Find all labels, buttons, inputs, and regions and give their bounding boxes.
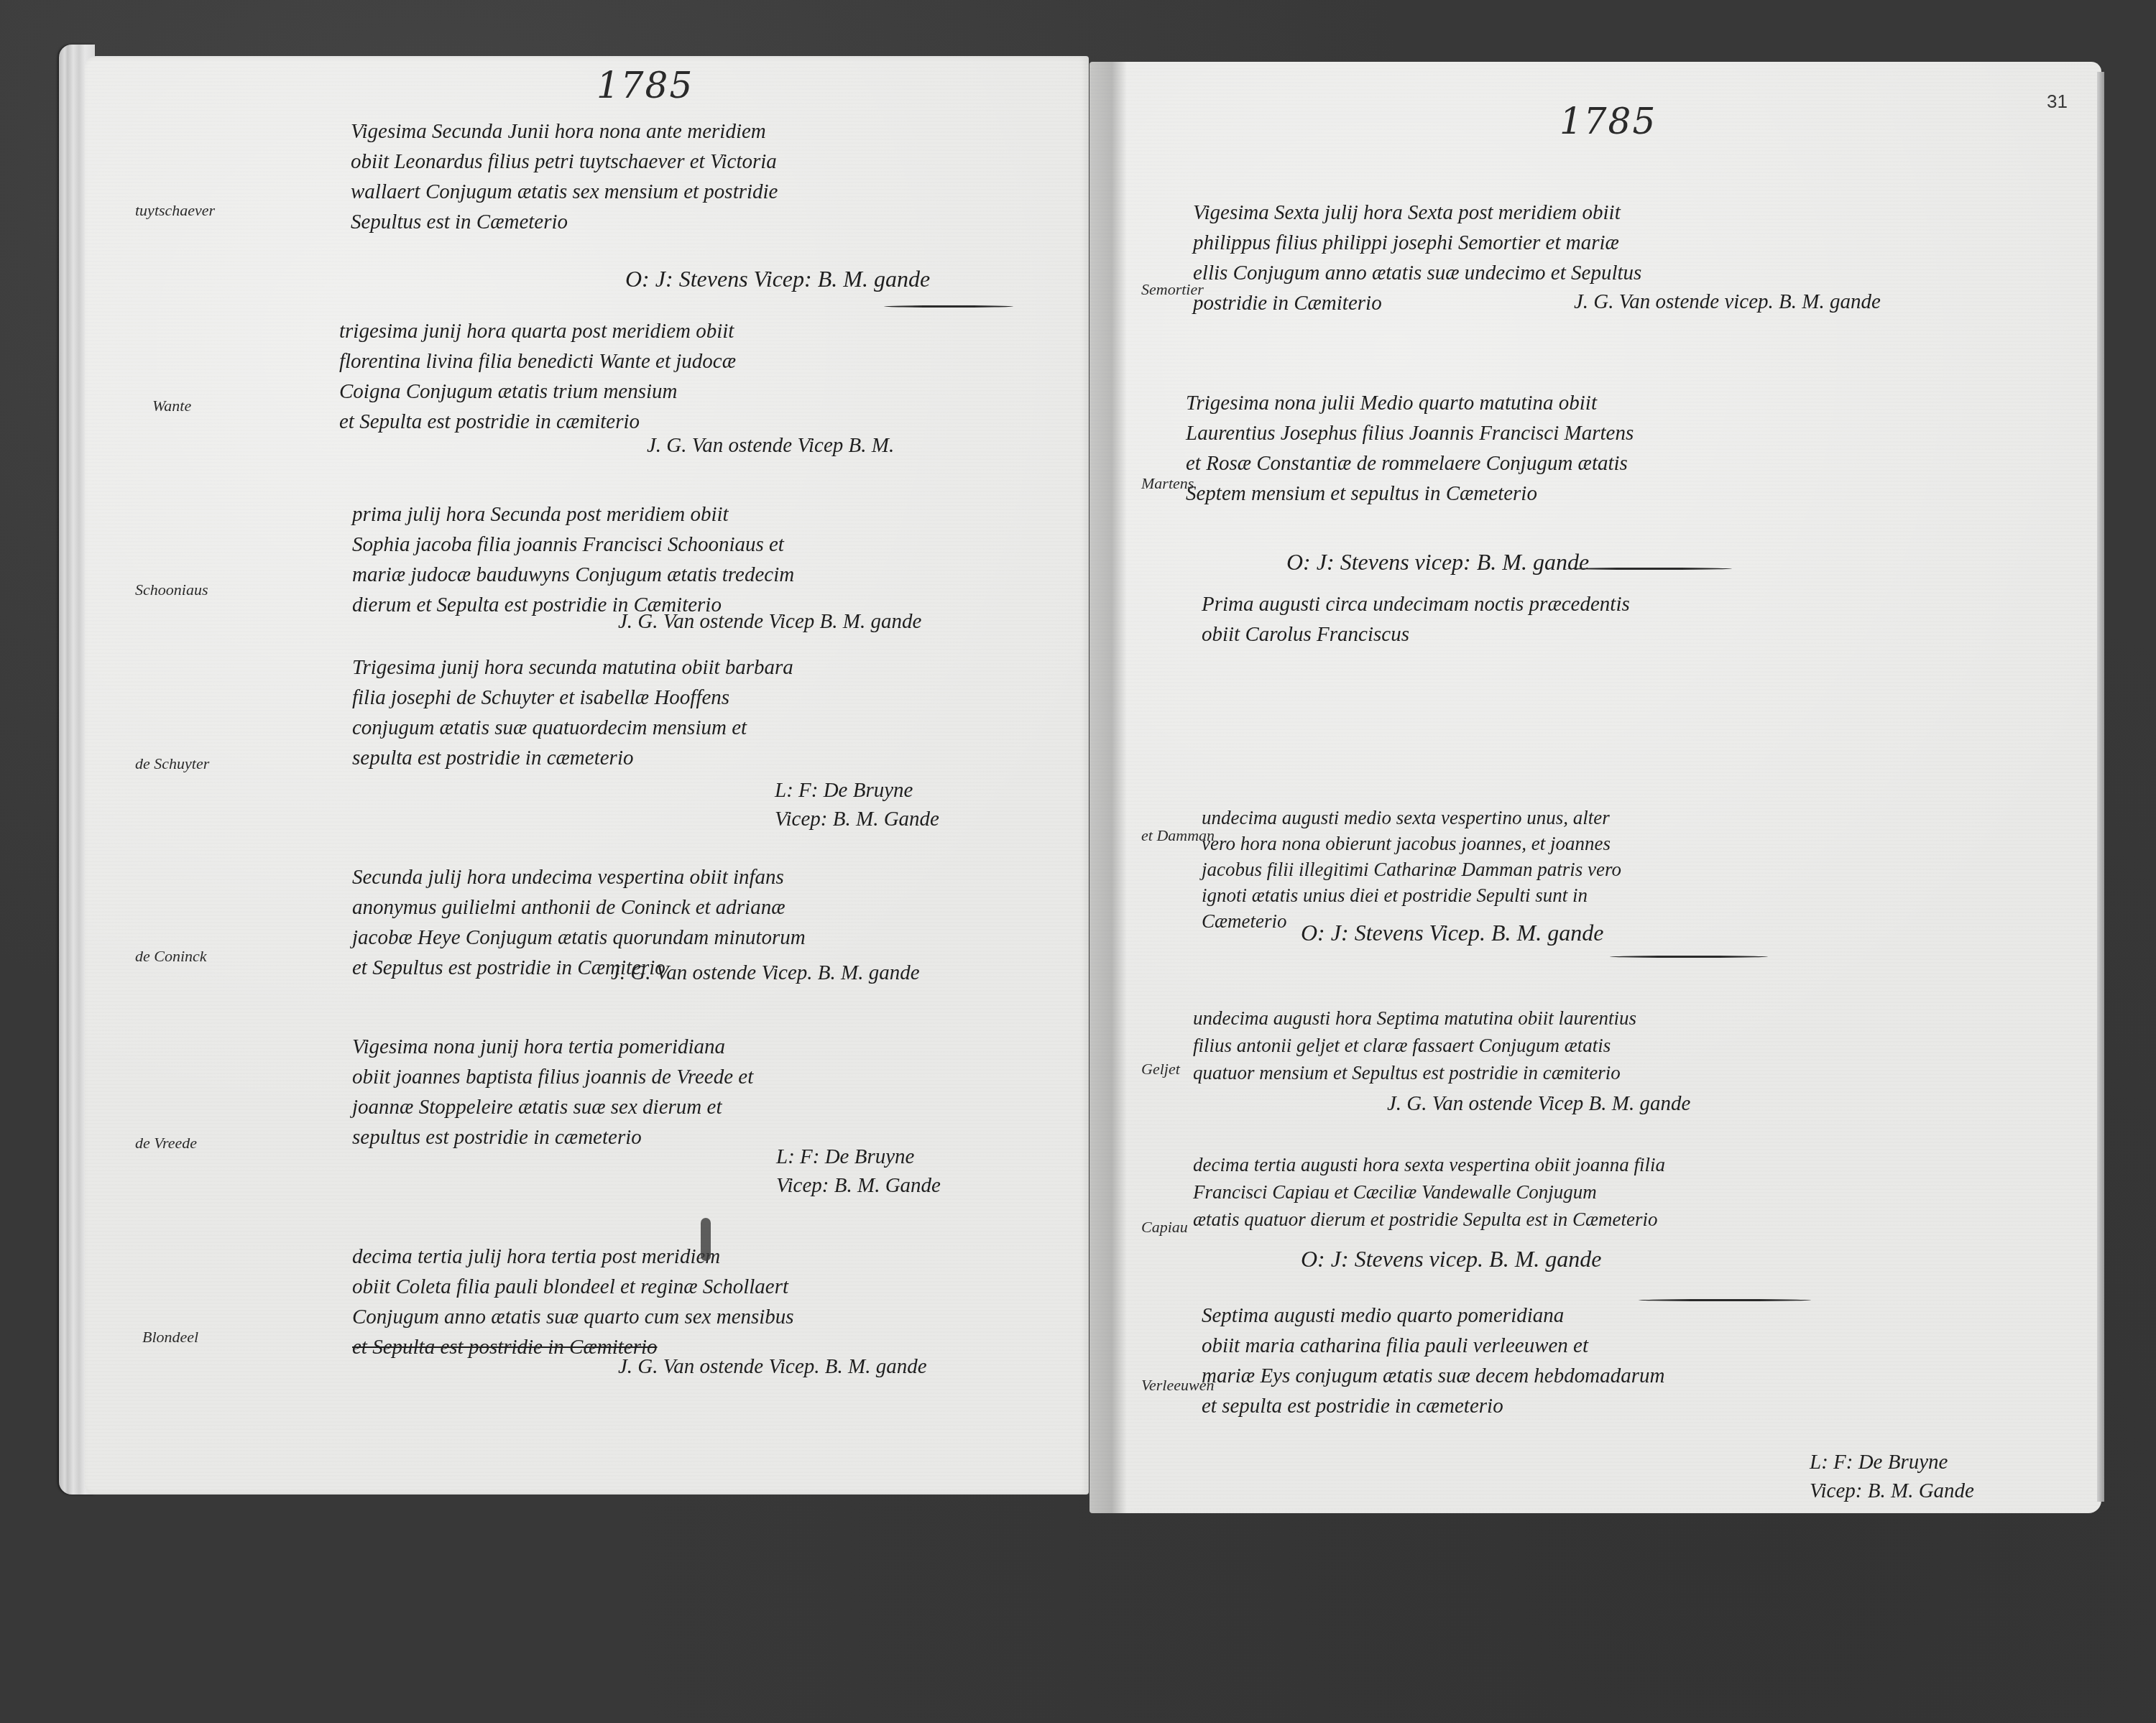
priest-signature: J. G. Van ostende Vicep B. M. gande	[618, 607, 921, 636]
priest-signature: J. G. Van ostende vicep. B. M. gande	[1574, 287, 1881, 316]
priest-signature: L: F: De Bruyne Vicep: B. M. Gande	[1810, 1448, 1974, 1505]
signature-flourish	[1567, 568, 1732, 570]
entry-line: Vigesima Sexta julij hora Sexta post mer…	[1193, 198, 1641, 228]
priest-signature: J. G. Van ostende Vicep B. M.	[647, 431, 894, 460]
burial-entry: Septima augusti medio quarto pomeridiana…	[1202, 1301, 1664, 1421]
entry-line: Septem mensium et sepultus in Cæmeterio	[1186, 479, 1634, 509]
signature-line: L: F: De Bruyne	[1810, 1448, 1974, 1477]
signature-line: J. G. Van ostende vicep. B. M. gande	[1574, 287, 1881, 316]
signature-line: O: J: Stevens vicep: B. M. gande	[1286, 548, 1589, 576]
entry-line: undecima augusti hora Septima matutina o…	[1193, 1004, 1636, 1032]
signature-line: Vicep: B. M. Gande	[1810, 1477, 1974, 1505]
margin-name: Schooniaus	[135, 581, 208, 599]
entry-line: Vigesima nona junij hora tertia pomeridi…	[352, 1032, 753, 1062]
priest-signature: J. G. Van ostende Vicep. B. M. gande	[618, 1352, 927, 1381]
entry-line: mariæ Eys conjugum ætatis suæ decem hebd…	[1202, 1361, 1664, 1391]
entry-line: trigesima junij hora quarta post meridie…	[339, 316, 736, 346]
signature-line: J. G. Van ostende Vicep. B. M. gande	[618, 1352, 927, 1381]
entry-line: et sepulta est postridie in cæmeterio	[1202, 1391, 1664, 1421]
priest-signature: L: F: De Bruyne Vicep: B. M. Gande	[776, 1142, 941, 1200]
entry-line: Vigesima Secunda Junii hora nona ante me…	[351, 116, 778, 147]
entry-line: obiit Carolus Franciscus	[1202, 619, 1630, 650]
margin-name: Blondeel	[142, 1328, 198, 1346]
ink-blot	[701, 1218, 711, 1261]
entry-line: Prima augusti circa undecimam noctis præ…	[1202, 589, 1630, 619]
margin-name: de Vreede	[135, 1134, 197, 1152]
entry-line: Trigesima nona julii Medio quarto matuti…	[1186, 388, 1634, 418]
entry-line: Laurentius Josephus filius Joannis Franc…	[1186, 418, 1634, 448]
entry-line: Secunda julij hora undecima vespertina o…	[352, 862, 806, 892]
priest-signature: O: J: Stevens vicep. B. M. gande	[1301, 1244, 1601, 1273]
entry-line: undecima augusti medio sexta vespertino …	[1202, 805, 1621, 831]
burial-entry: Trigesima junij hora secunda matutina ob…	[352, 652, 793, 773]
signature-line: Vicep: B. M. Gande	[775, 805, 939, 833]
burial-entry: decima tertia julij hora tertia post mer…	[352, 1242, 794, 1362]
priest-signature: J. G. Van ostende Vicep B. M. gande	[1387, 1089, 1690, 1118]
margin-name: Capiau	[1141, 1218, 1188, 1237]
entry-line: joannæ Stoppeleire ætatis suæ sex dierum…	[352, 1092, 753, 1122]
signature-line: O: J: Stevens Vicep. B. M. gande	[1301, 918, 1603, 947]
left-page-year: 1785	[596, 65, 694, 106]
signature-line: O: J: Stevens Vicep: B. M. gande	[625, 264, 930, 293]
priest-signature: O: J: Stevens Vicep. B. M. gande	[1301, 918, 1603, 947]
margin-name: Geljet	[1141, 1060, 1180, 1078]
signature-line: Vicep: B. M. Gande	[776, 1171, 941, 1200]
signature-flourish	[1610, 956, 1768, 958]
entry-line: Sophia jacoba filia joannis Francisci Sc…	[352, 530, 794, 560]
signature-line: J. G. Van ostende Vicep B. M. gande	[1387, 1089, 1690, 1118]
burial-entry: Vigesima nona junij hora tertia pomeridi…	[352, 1032, 753, 1152]
entry-line: Sepultus est in Cæmeterio	[351, 207, 778, 237]
margin-name: de Coninck	[135, 947, 207, 966]
page-edge	[2097, 72, 2104, 1502]
entry-line: obiit joannes baptista filius joannis de…	[352, 1062, 753, 1092]
signature-line: J. G. Van ostende Vicep B. M. gande	[618, 607, 921, 636]
entry-line: sepultus est postridie in cæmeterio	[352, 1122, 753, 1152]
priest-signature: O: J: Stevens Vicep: B. M. gande	[625, 264, 930, 293]
signature-flourish	[884, 305, 1013, 308]
entry-line: wallaert Conjugum ætatis sex mensium et …	[351, 177, 778, 207]
entry-line: Septima augusti medio quarto pomeridiana	[1202, 1301, 1664, 1331]
burial-entry: prima julij hora Secunda post meridiem o…	[352, 499, 794, 620]
entry-line: filia josephi de Schuyter et isabellæ Ho…	[352, 683, 793, 713]
priest-signature: J. G. Van ostende Vicep. B. M. gande	[611, 958, 920, 987]
entry-line: florentina livina filia benedicti Wante …	[339, 346, 736, 377]
entry-line: jacobæ Heye Conjugum ætatis quorundam mi…	[352, 923, 806, 953]
entry-line: philippus filius philippi josephi Semort…	[1193, 228, 1641, 258]
signature-line: O: J: Stevens vicep. B. M. gande	[1301, 1244, 1601, 1273]
entry-line: mariæ judocæ bauduwyns Conjugum ætatis t…	[352, 560, 794, 590]
burial-entry: Trigesima nona julii Medio quarto matuti…	[1186, 388, 1634, 509]
priest-signature: O: J: Stevens vicep: B. M. gande	[1286, 548, 1589, 576]
entry-line: decima tertia augusti hora sexta vespert…	[1193, 1151, 1665, 1178]
entry-line: prima julij hora Secunda post meridiem o…	[352, 499, 794, 530]
entry-line: anonymus guilielmi anthonii de Coninck e…	[352, 892, 806, 923]
entry-line: Trigesima junij hora secunda matutina ob…	[352, 652, 793, 683]
signature-line: L: F: De Bruyne	[776, 1142, 941, 1171]
entry-line: obiit Coleta filia pauli blondeel et reg…	[352, 1272, 794, 1302]
entry-line: filius antonii geljet et claræ fassaert …	[1193, 1032, 1636, 1059]
entry-line: obiit maria catharina filia pauli verlee…	[1202, 1331, 1664, 1361]
burial-entry: Prima augusti circa undecimam noctis præ…	[1202, 589, 1630, 650]
entry-line: conjugum ætatis suæ quatuordecim mensium…	[352, 713, 793, 743]
entry-line: Conjugum anno ætatis suæ quarto cum sex …	[352, 1302, 794, 1332]
entry-line: quatuor mensium et Sepultus est postridi…	[1193, 1059, 1636, 1086]
entry-line: ignoti ætatis unius diei et postridie Se…	[1202, 882, 1621, 908]
signature-line: J. G. Van ostende Vicep. B. M. gande	[611, 958, 920, 987]
entry-line: sepulta est postridie in cæmeterio	[352, 743, 793, 773]
priest-signature: L: F: De Bruyne Vicep: B. M. Gande	[775, 776, 939, 833]
margin-name: tuytschaever	[135, 201, 215, 220]
entry-line: et Rosæ Constantiæ de rommelaere Conjugu…	[1186, 448, 1634, 479]
signature-line: J. G. Van ostende Vicep B. M.	[647, 431, 894, 460]
margin-name: Wante	[152, 397, 191, 415]
burial-entry: undecima augusti hora Septima matutina o…	[1193, 1004, 1636, 1086]
entry-line: obiit Leonardus filius petri tuytschaeve…	[351, 147, 778, 177]
burial-entry: decima tertia augusti hora sexta vespert…	[1193, 1151, 1665, 1233]
page-number: 31	[2047, 91, 2068, 113]
right-page-year: 1785	[1560, 101, 1657, 142]
burial-entry: trigesima junij hora quarta post meridie…	[339, 316, 736, 437]
entry-line: Coigna Conjugum ætatis trium mensium	[339, 377, 736, 407]
entry-line: Francisci Capiau et Cæciliæ Vandewalle C…	[1193, 1178, 1665, 1206]
entry-line: vero hora nona obierunt jacobus joannes,…	[1202, 831, 1621, 856]
entry-line: decima tertia julij hora tertia post mer…	[352, 1242, 794, 1272]
burial-entry: Vigesima Secunda Junii hora nona ante me…	[351, 116, 778, 237]
entry-line: jacobus filii illegitimi Catharinæ Damma…	[1202, 856, 1621, 882]
book-gutter	[1089, 62, 1127, 1513]
signature-line: L: F: De Bruyne	[775, 776, 939, 805]
entry-line: ellis Conjugum anno ætatis suæ undecimo …	[1193, 258, 1641, 288]
burial-entry: undecima augusti medio sexta vespertino …	[1202, 805, 1621, 934]
margin-name: de Schuyter	[135, 754, 209, 773]
entry-line: ætatis quatuor dierum et postridie Sepul…	[1193, 1206, 1665, 1233]
